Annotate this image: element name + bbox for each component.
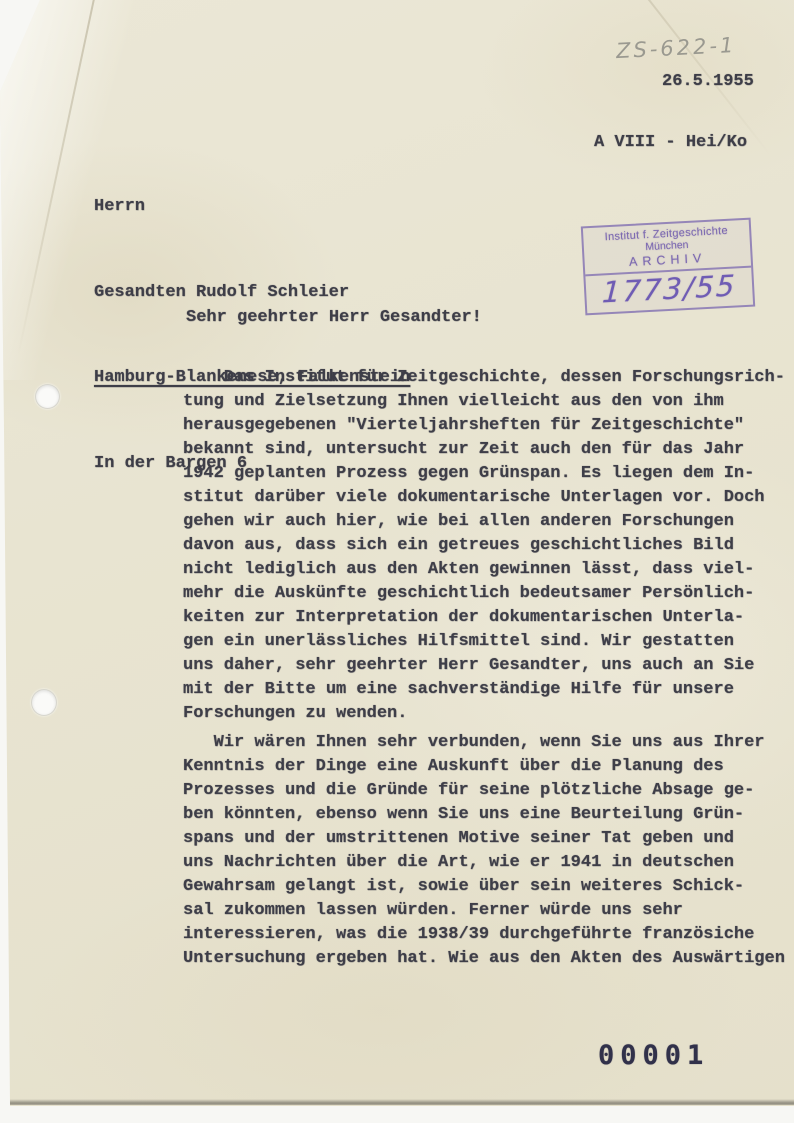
archive-stamp: Institut f. Zeitgeschichte München ARCHI…: [581, 218, 755, 316]
stamp-accession-number: 1773/55: [585, 268, 753, 314]
salutation: Sehr geehrter Herr Gesandter!: [186, 308, 482, 327]
hole-punch: [31, 689, 57, 716]
hole-punch: [35, 384, 60, 409]
recipient-title: Herrn: [94, 193, 410, 222]
scanned-letter-page: ZS-622-1 26.5.1955 A VIII - Hei/Ko Herrn…: [0, 0, 794, 1123]
body-paragraph-2: Wir wären Ihnen sehr verbunden, wenn Sie…: [183, 731, 785, 971]
paper-bottom-edge-shadow: [10, 1099, 794, 1105]
page-number-stamp: 00001: [598, 1040, 709, 1071]
paper-crease: [17, 0, 96, 356]
file-reference: A VIII - Hei/Ko: [594, 133, 747, 152]
recipient-name: Gesandten Rudolf Schleier: [94, 279, 410, 308]
body-paragraph-1: Das Institut für Zeitgeschichte, dessen …: [183, 366, 785, 726]
letter-date: 26.5.1955: [662, 72, 754, 91]
